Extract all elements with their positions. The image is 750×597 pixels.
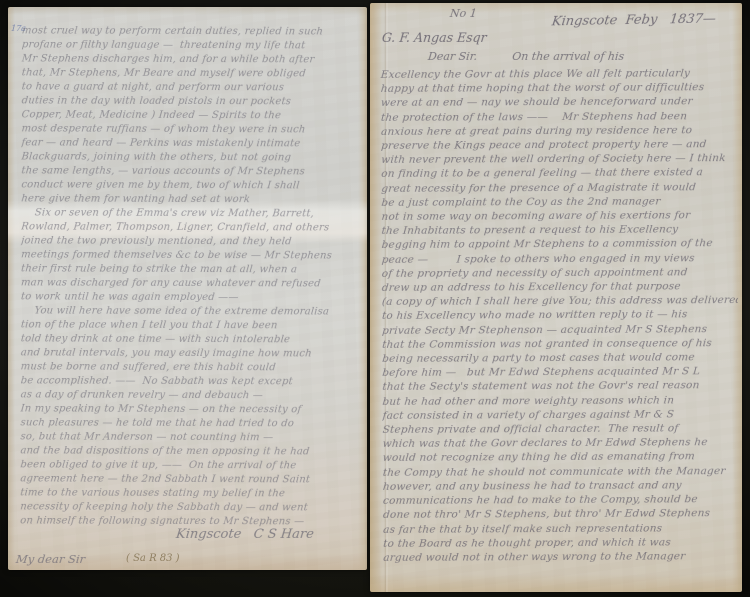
handwritten-line: would not recognize any thing he did as … bbox=[382, 450, 739, 466]
signature-line: Kingscote C S Hare bbox=[175, 527, 314, 542]
handwritten-line: so, but that Mr Anderson — not counting … bbox=[20, 430, 361, 445]
page-number-annotation: No 1 bbox=[449, 7, 477, 20]
handwritten-line: as far the that by itself make such repr… bbox=[383, 521, 740, 537]
handwritten-line: man was discharged for any cause whateve… bbox=[20, 276, 361, 291]
left-page-body-text: most cruel way to perform certain duties… bbox=[20, 24, 362, 529]
handwritten-line: You will here have some idea of the extr… bbox=[20, 304, 361, 319]
letter-page-left: 17a most cruel way to perform certain du… bbox=[8, 7, 367, 570]
handwritten-line: and brutal intervals, you may easily ima… bbox=[20, 346, 361, 361]
handwritten-line: In my speaking to Mr Stephens — on the n… bbox=[20, 402, 361, 417]
handwritten-line: agreement here — the 2nd Sabbath I went … bbox=[20, 472, 361, 487]
handwritten-line: joined the two previously mentioned, and… bbox=[20, 234, 361, 249]
handwritten-line: Copper, Meat, Medicine ) Indeed — Spirit… bbox=[21, 108, 362, 123]
handwritten-line: here give them for wanting had set at wo… bbox=[21, 192, 362, 207]
handwritten-line: told they drink at one time — with such … bbox=[20, 332, 361, 347]
right-page-body-text: Excellency the Govr at this place We all… bbox=[381, 66, 740, 565]
handwritten-line: such pleasures — he told me that he had … bbox=[20, 416, 361, 431]
handwritten-line: must be borne and suffered, ere this hab… bbox=[20, 360, 361, 375]
handwritten-line: argued would not in other ways wrong to … bbox=[383, 549, 740, 565]
handwritten-line: to work until he was again employed —— bbox=[20, 290, 361, 305]
handwritten-line: done not thro' Mr S Stephens, but thro' … bbox=[382, 506, 739, 522]
handwritten-line: most cruel way to perform certain duties… bbox=[21, 24, 362, 39]
addressee-line: G. F. Angas Esqr bbox=[381, 30, 487, 45]
handwritten-line: Six or seven of the Emma's crew viz Math… bbox=[21, 206, 362, 221]
handwritten-line: meetings formed themselves &c to be wise… bbox=[20, 248, 361, 263]
handwritten-line: Mr Stephens discharges him, and for a wh… bbox=[21, 52, 362, 67]
letter-scan-background: 17a most cruel way to perform certain du… bbox=[0, 0, 750, 597]
handwritten-line: their first rule being to strike the man… bbox=[20, 262, 361, 277]
handwritten-line: fear — and heard — Perkins was mistakenl… bbox=[21, 136, 362, 151]
handwritten-line: tion of the place when I tell you that I… bbox=[20, 318, 361, 333]
handwritten-line: as a day of drunken revelry — and debauc… bbox=[20, 388, 361, 403]
handwritten-line: necessity of keeping holy the Sabbath da… bbox=[20, 500, 361, 515]
handwritten-line: and the bad dispositions of the men oppo… bbox=[20, 444, 361, 459]
handwritten-line: the same lengths, — various accounts of … bbox=[21, 164, 362, 179]
postscript-line: My dear Sir bbox=[15, 552, 86, 566]
handwritten-line: conduct were given me by them, two of wh… bbox=[21, 178, 362, 193]
handwritten-line: be accomplished. —— No Sabbath was kept … bbox=[20, 374, 361, 389]
handwritten-line: that the Secty's statement was not the G… bbox=[382, 379, 739, 395]
handwritten-line: Rowland, Palmer, Thompson, Ligner, Cranf… bbox=[21, 220, 362, 235]
handwritten-line: to have a guard at night, and perform ou… bbox=[21, 80, 362, 95]
letter-page-right: No 1 Kingscote Feby 1837— G. F. Angas Es… bbox=[370, 3, 742, 592]
handwritten-line: the protection of the laws —— Mr Stephen… bbox=[380, 109, 737, 125]
handwritten-line: profane or filthy language — threatening… bbox=[21, 38, 362, 53]
handwritten-line: duties in the day with loaded pistols in… bbox=[21, 94, 362, 109]
handwritten-line: most desperate ruffians — of whom they w… bbox=[21, 122, 362, 137]
handwritten-line: been obliged to give it up, —— On the ar… bbox=[20, 458, 361, 473]
handwritten-line: to his Excellency who made no written re… bbox=[381, 308, 738, 324]
handwritten-line: Blackguards, joining with the others, bu… bbox=[21, 150, 362, 165]
archival-pencil-note: ( Sa R 83 ) bbox=[126, 553, 180, 564]
handwritten-line: that, Mr Stephens, Mr Beare and myself w… bbox=[21, 66, 362, 81]
salutation-line: Dear Sir. On the arrival of his bbox=[427, 50, 625, 63]
handwritten-line: on finding it to be a general feeling — … bbox=[381, 165, 738, 181]
handwritten-line: begging him to appoint Mr Stephens to a … bbox=[381, 237, 738, 253]
dateline: Kingscote Feby 1837— bbox=[551, 12, 717, 30]
handwritten-line: time to the various houses stating my be… bbox=[20, 486, 361, 501]
handwritten-line: were at an end — nay we should be hencef… bbox=[380, 94, 737, 110]
